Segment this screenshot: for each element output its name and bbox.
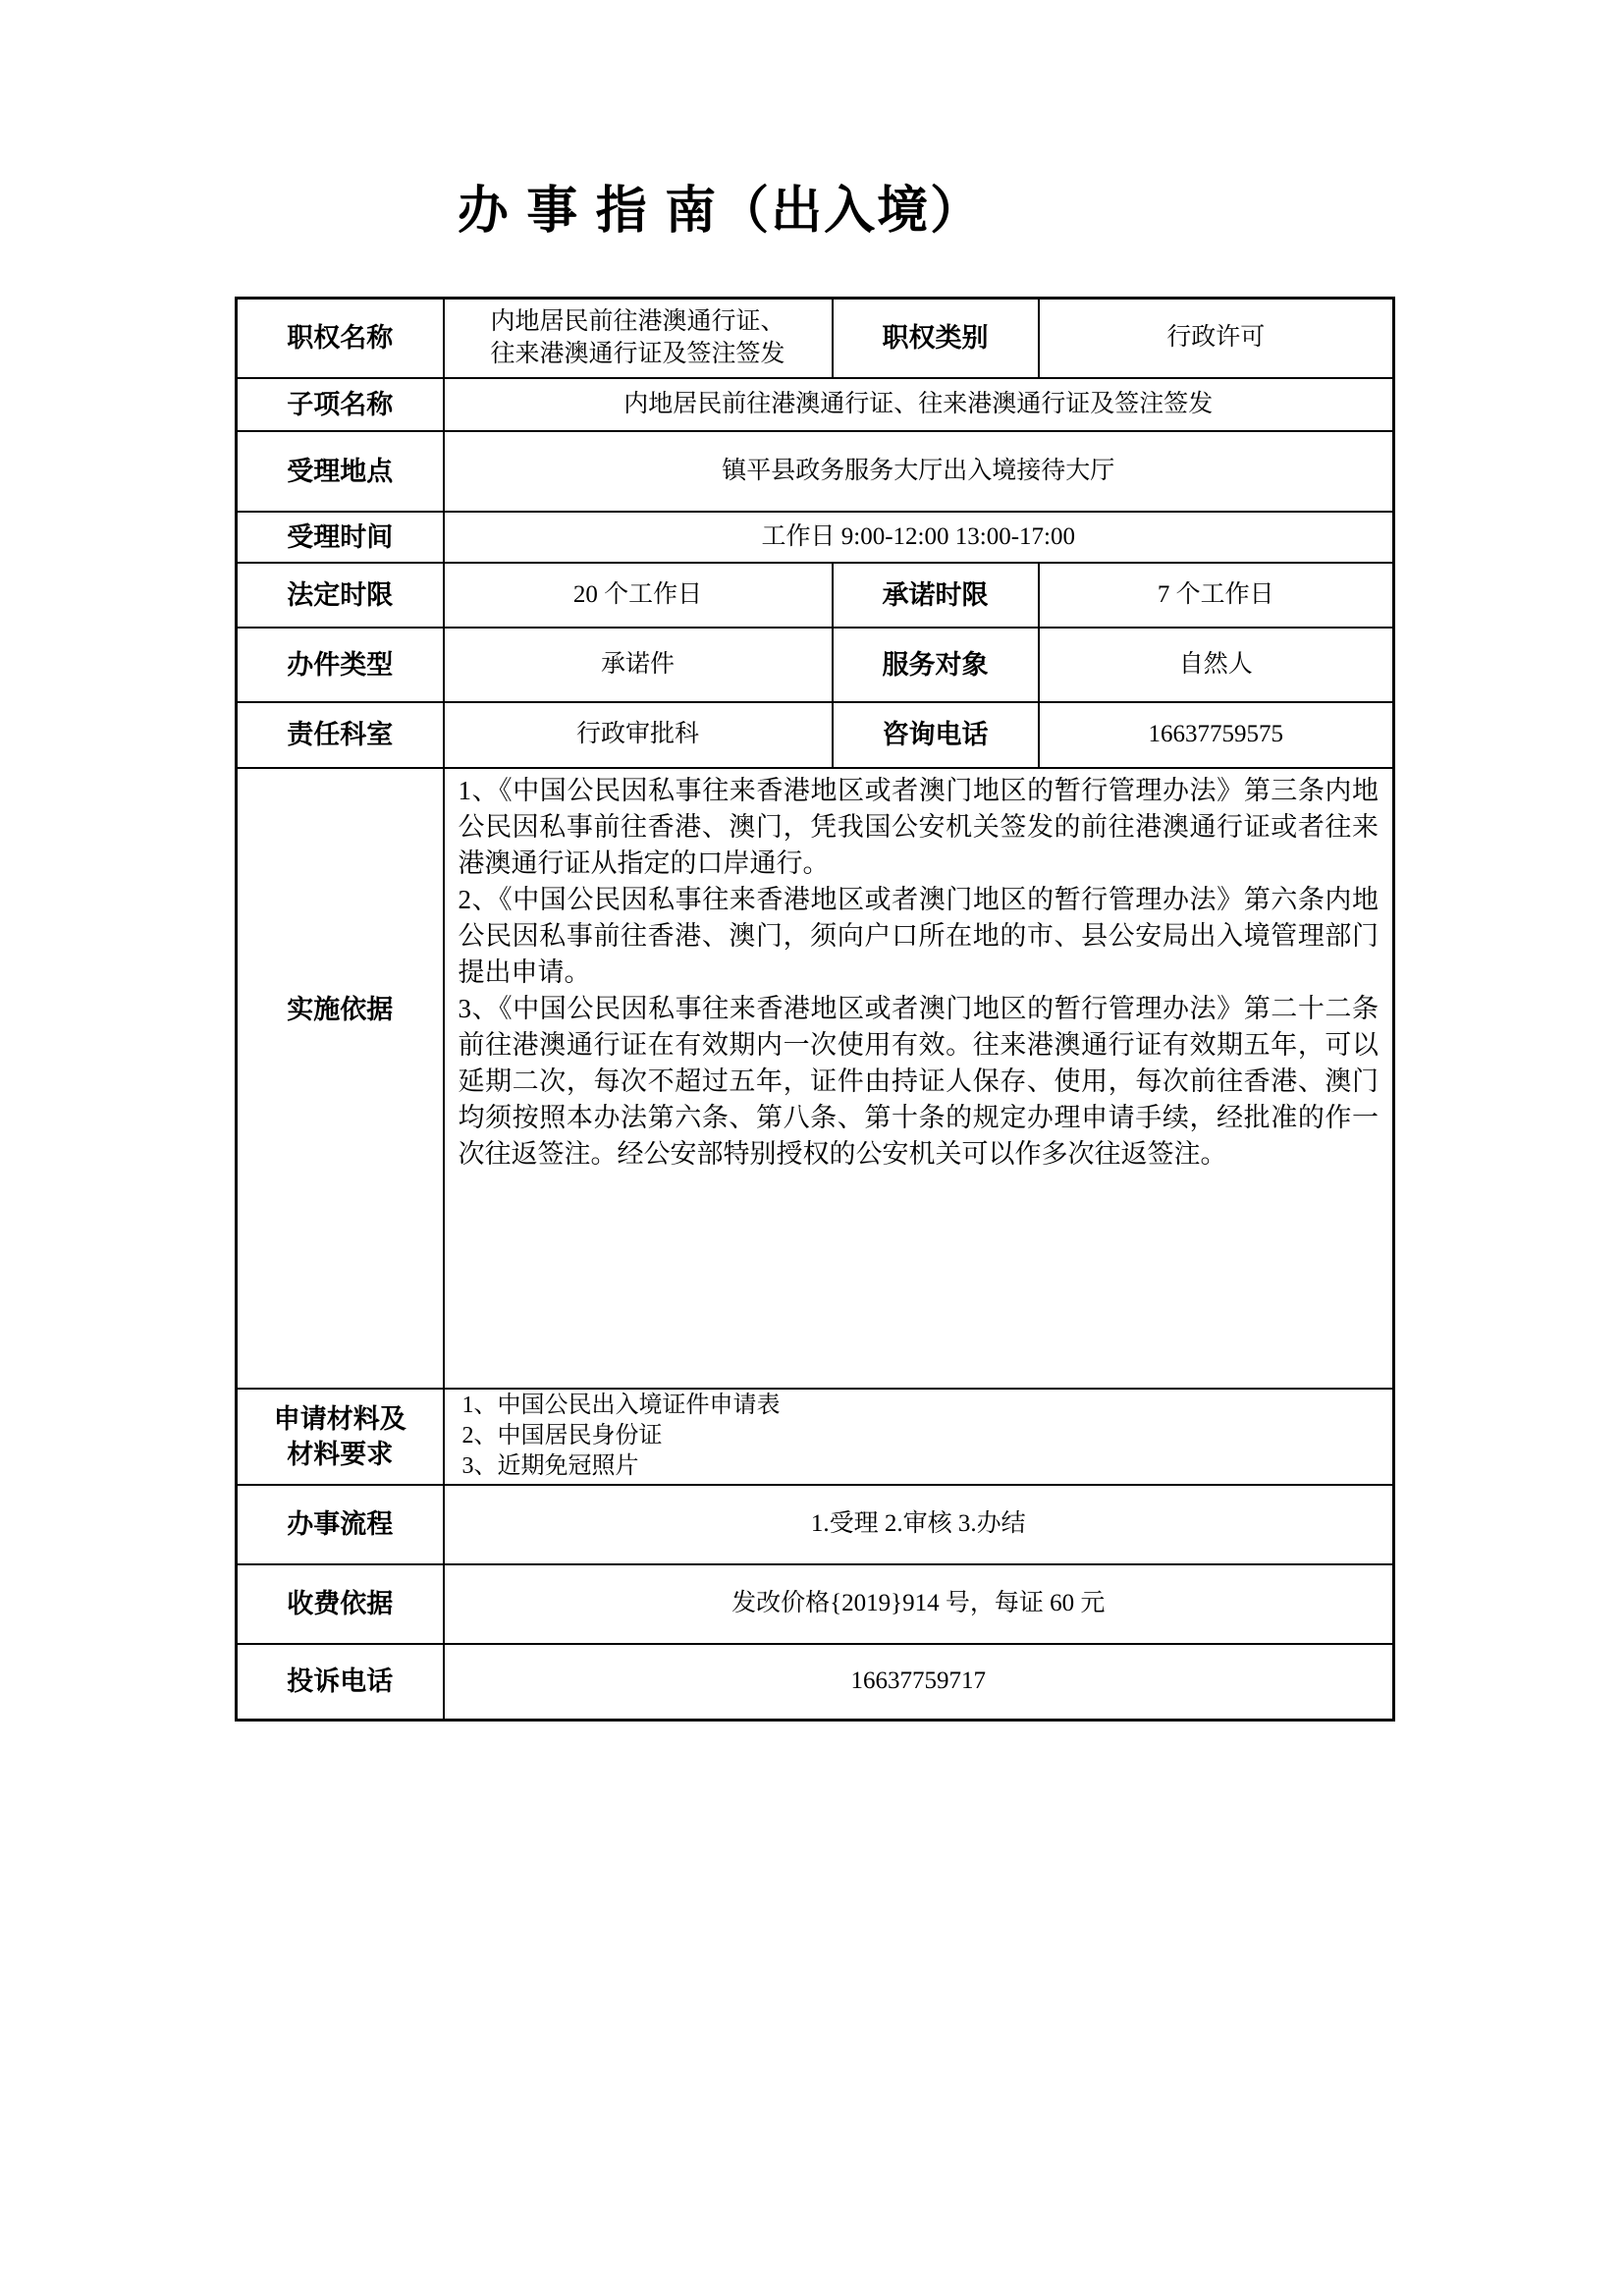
row-process: 办事流程 1.受理 2.审核 3.办结 (237, 1485, 1394, 1564)
service-object-label: 服务对象 (833, 628, 1039, 702)
phone-label: 咨询电话 (833, 702, 1039, 768)
subitem-label: 子项名称 (237, 378, 444, 431)
page-title: 办 事 指 南（出入境） (141, 169, 1299, 243)
authority-type-label: 职权类别 (833, 299, 1039, 378)
row-legal-limit: 法定时限 20 个工作日 承诺时限 7 个工作日 (237, 563, 1394, 628)
row-fee: 收费依据 发改价格{2019}914 号，每证 60 元 (237, 1564, 1394, 1644)
time-value: 工作日 9:00-12:00 13:00-17:00 (444, 512, 1394, 563)
row-materials: 申请材料及 材料要求 1、中国公民出入境证件申请表 2、中国居民身份证 3、近期… (237, 1389, 1394, 1485)
basis-content: 1、《中国公民因私事往来香港地区或者澳门地区的暂行管理办法》第三条内地公民因私事… (444, 768, 1394, 1389)
fee-value: 发改价格{2019}914 号，每证 60 元 (444, 1564, 1394, 1644)
basis-paragraph-1: 1、《中国公民因私事往来香港地区或者澳门地区的暂行管理办法》第三条内地公民因私事… (459, 773, 1380, 882)
case-type-value: 承诺件 (444, 628, 833, 702)
fee-label: 收费依据 (237, 1564, 444, 1644)
location-label: 受理地点 (237, 431, 444, 512)
time-label: 受理时间 (237, 512, 444, 563)
materials-item-2: 2、中国居民身份证 (462, 1421, 1392, 1451)
subitem-value: 内地居民前往港澳通行证、往来港澳通行证及签注签发 (444, 378, 1394, 431)
process-label: 办事流程 (237, 1485, 444, 1564)
materials-item-1: 1、中国公民出入境证件申请表 (462, 1391, 1392, 1421)
row-time: 受理时间 工作日 9:00-12:00 13:00-17:00 (237, 512, 1394, 563)
department-value: 行政审批科 (444, 702, 833, 768)
location-value: 镇平县政务服务大厅出入境接待大厅 (444, 431, 1394, 512)
promised-limit-label: 承诺时限 (833, 563, 1039, 628)
row-case-type: 办件类型 承诺件 服务对象 自然人 (237, 628, 1394, 702)
row-location: 受理地点 镇平县政务服务大厅出入境接待大厅 (237, 431, 1394, 512)
authority-type-value: 行政许可 (1039, 299, 1394, 378)
service-object-value: 自然人 (1039, 628, 1394, 702)
legal-limit-label: 法定时限 (237, 563, 444, 628)
case-type-label: 办件类型 (237, 628, 444, 702)
service-guide-table: 职权名称 内地居民前往港澳通行证、 往来港澳通行证及签注签发 职权类别 行政许可… (235, 297, 1395, 1722)
basis-label: 实施依据 (237, 768, 444, 1389)
department-label: 责任科室 (237, 702, 444, 768)
row-department: 责任科室 行政审批科 咨询电话 16637759575 (237, 702, 1394, 768)
authority-name-label: 职权名称 (237, 299, 444, 378)
promised-limit-value: 7 个工作日 (1039, 563, 1394, 628)
materials-label: 申请材料及 材料要求 (237, 1389, 444, 1485)
complaint-label: 投诉电话 (237, 1644, 444, 1721)
authority-name-value: 内地居民前往港澳通行证、 往来港澳通行证及签注签发 (444, 299, 833, 378)
materials-content: 1、中国公民出入境证件申请表 2、中国居民身份证 3、近期免冠照片 (444, 1389, 1394, 1485)
legal-limit-value: 20 个工作日 (444, 563, 833, 628)
materials-item-3: 3、近期免冠照片 (462, 1451, 1392, 1482)
row-basis: 实施依据 1、《中国公民因私事往来香港地区或者澳门地区的暂行管理办法》第三条内地… (237, 768, 1394, 1389)
basis-paragraph-3: 3、《中国公民因私事往来香港地区或者澳门地区的暂行管理办法》第二十二条前往港澳通… (459, 991, 1380, 1173)
row-subitem: 子项名称 内地居民前往港澳通行证、往来港澳通行证及签注签发 (237, 378, 1394, 431)
phone-value: 16637759575 (1039, 702, 1394, 768)
process-value: 1.受理 2.审核 3.办结 (444, 1485, 1394, 1564)
basis-paragraph-2: 2、《中国公民因私事往来香港地区或者澳门地区的暂行管理办法》第六条内地公民因私事… (459, 882, 1380, 991)
row-complaint: 投诉电话 16637759717 (237, 1644, 1394, 1721)
row-authority: 职权名称 内地居民前往港澳通行证、 往来港澳通行证及签注签发 职权类别 行政许可 (237, 299, 1394, 378)
complaint-value: 16637759717 (444, 1644, 1394, 1721)
